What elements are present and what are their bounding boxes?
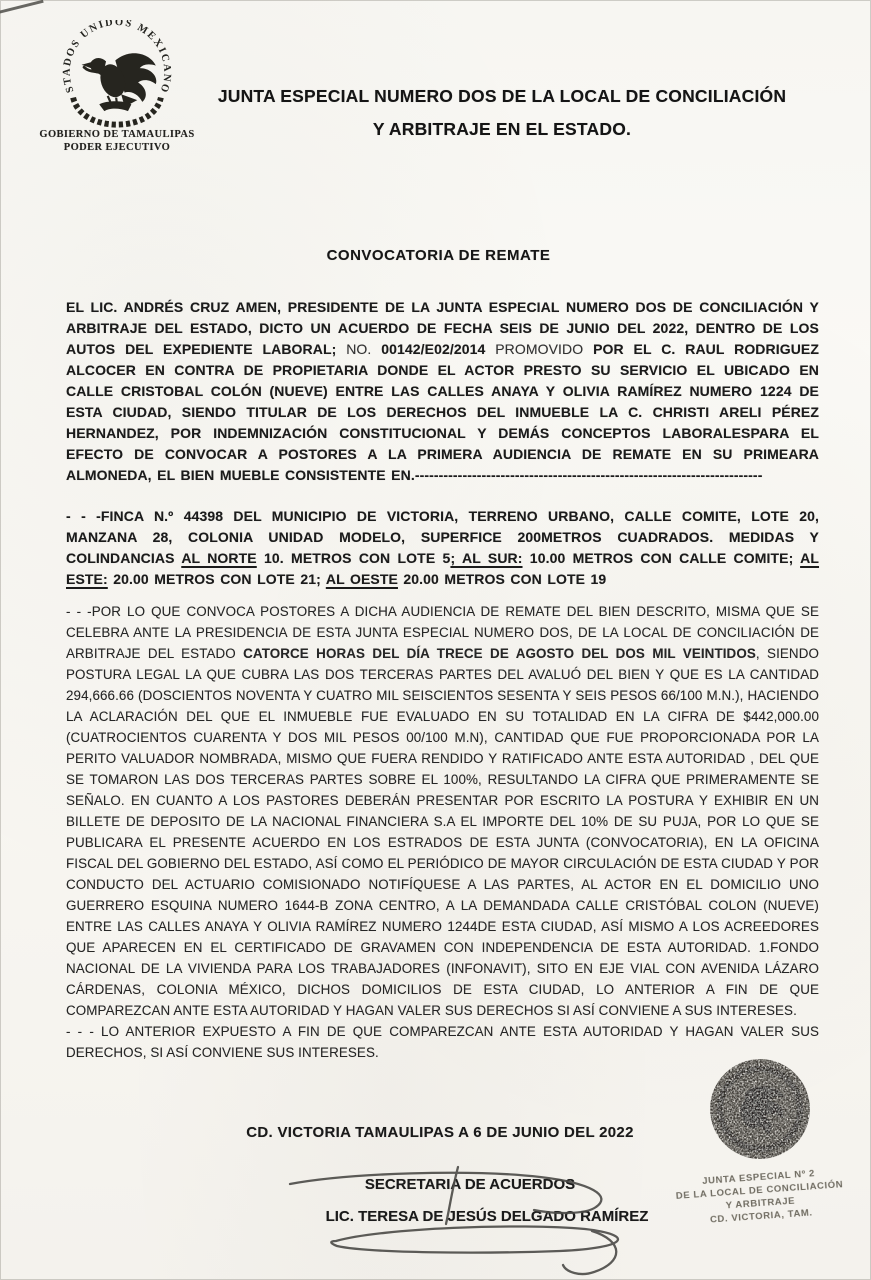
emblem-caption-line2: PODER EJECUTIVO [38, 141, 196, 154]
scanned-document-page: ESTADOS UNIDOS MEXICANOS GOBIE [0, 0, 871, 1280]
paragraph-convocatoria: - - -POR LO QUE CONVOCA POSTORES A DICHA… [66, 601, 819, 1021]
paragraph-finca: - - -FINCA N.º 44398 DEL MUNICIPIO DE VI… [66, 506, 819, 590]
emblem-caption-line1: GOBIERNO DE TAMAULIPAS [38, 128, 196, 141]
junta-especial-stamp-icon [701, 1050, 819, 1168]
mexico-coat-of-arms-icon: ESTADOS UNIDOS MEXICANOS [53, 20, 181, 128]
date-line: CD. VICTORIA TAMAULIPAS A 6 DE JUNIO DEL… [120, 1124, 760, 1141]
letterhead-title-line1: JUNTA ESPECIAL NUMERO DOS DE LA LOCAL DE… [192, 80, 812, 113]
scan-artifact [0, 0, 44, 15]
eagle-glyph [82, 53, 157, 111]
signer-role: SECRETARIA DE ACUERDOS [320, 1176, 620, 1193]
paragraph-acuerdo: EL LIC. ANDRÉS CRUZ AMEN, PRESIDENTE DE … [66, 297, 819, 486]
letterhead-title-line2: Y ARBITRAJE EN EL ESTADO. [192, 113, 812, 146]
official-stamp: JUNTA ESPECIAL Nº 2 DE LA LOCAL DE CONCI… [672, 1050, 848, 1223]
letterhead-title: JUNTA ESPECIAL NUMERO DOS DE LA LOCAL DE… [192, 80, 812, 146]
signer-name: LIC. TERESA DE JESÚS DELGADO RAMÍREZ [312, 1208, 662, 1225]
coat-of-arms-block: ESTADOS UNIDOS MEXICANOS GOBIE [38, 20, 196, 154]
document-title: CONVOCATORIA DE REMATE [66, 247, 811, 264]
document-body: EL LIC. ANDRÉS CRUZ AMEN, PRESIDENTE DE … [66, 297, 819, 1063]
